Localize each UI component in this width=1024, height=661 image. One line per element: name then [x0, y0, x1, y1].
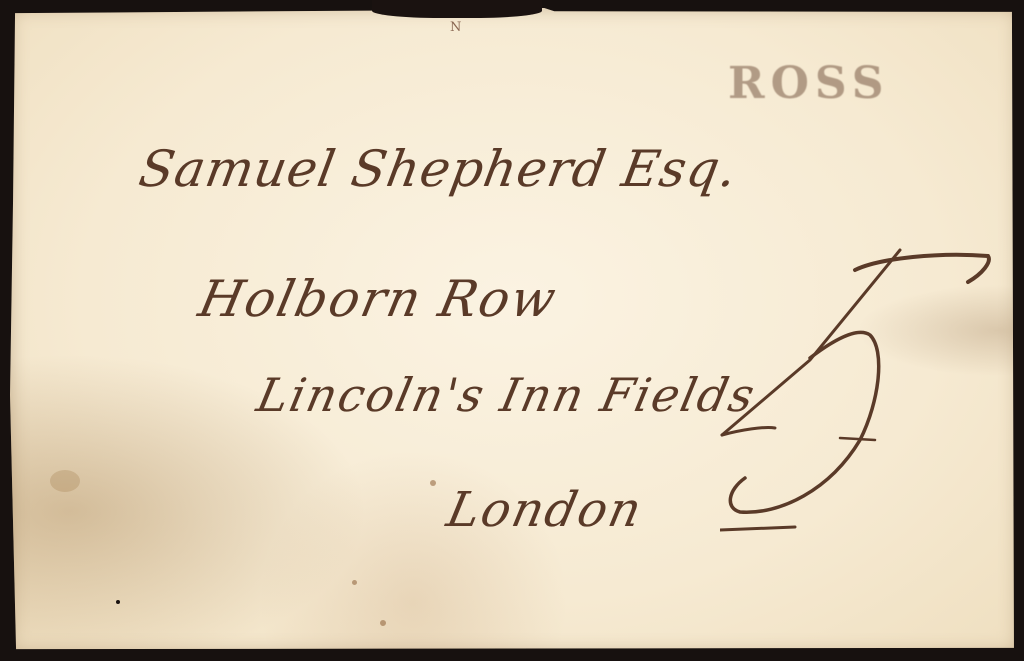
foxing-spot: [430, 480, 436, 486]
address-city: London: [442, 482, 648, 538]
letter-photo: N ROSS Samuel Shepherd Esq. Holborn Row …: [0, 0, 1024, 661]
address-area: Lincoln's Inn Fields: [252, 368, 761, 422]
ross-postmark: ROSS: [728, 58, 889, 109]
address-street: Holborn Row: [194, 270, 563, 328]
foxing-spot: [380, 620, 386, 626]
rate-mark-five: [720, 240, 1010, 540]
stain: [50, 470, 80, 492]
torn-edge: [372, 0, 542, 18]
ink-dot: [116, 600, 120, 604]
foxing-spot: [352, 580, 357, 585]
corner-mark: N: [450, 20, 461, 35]
addressee-name: Samuel Shepherd Esq.: [135, 140, 742, 198]
